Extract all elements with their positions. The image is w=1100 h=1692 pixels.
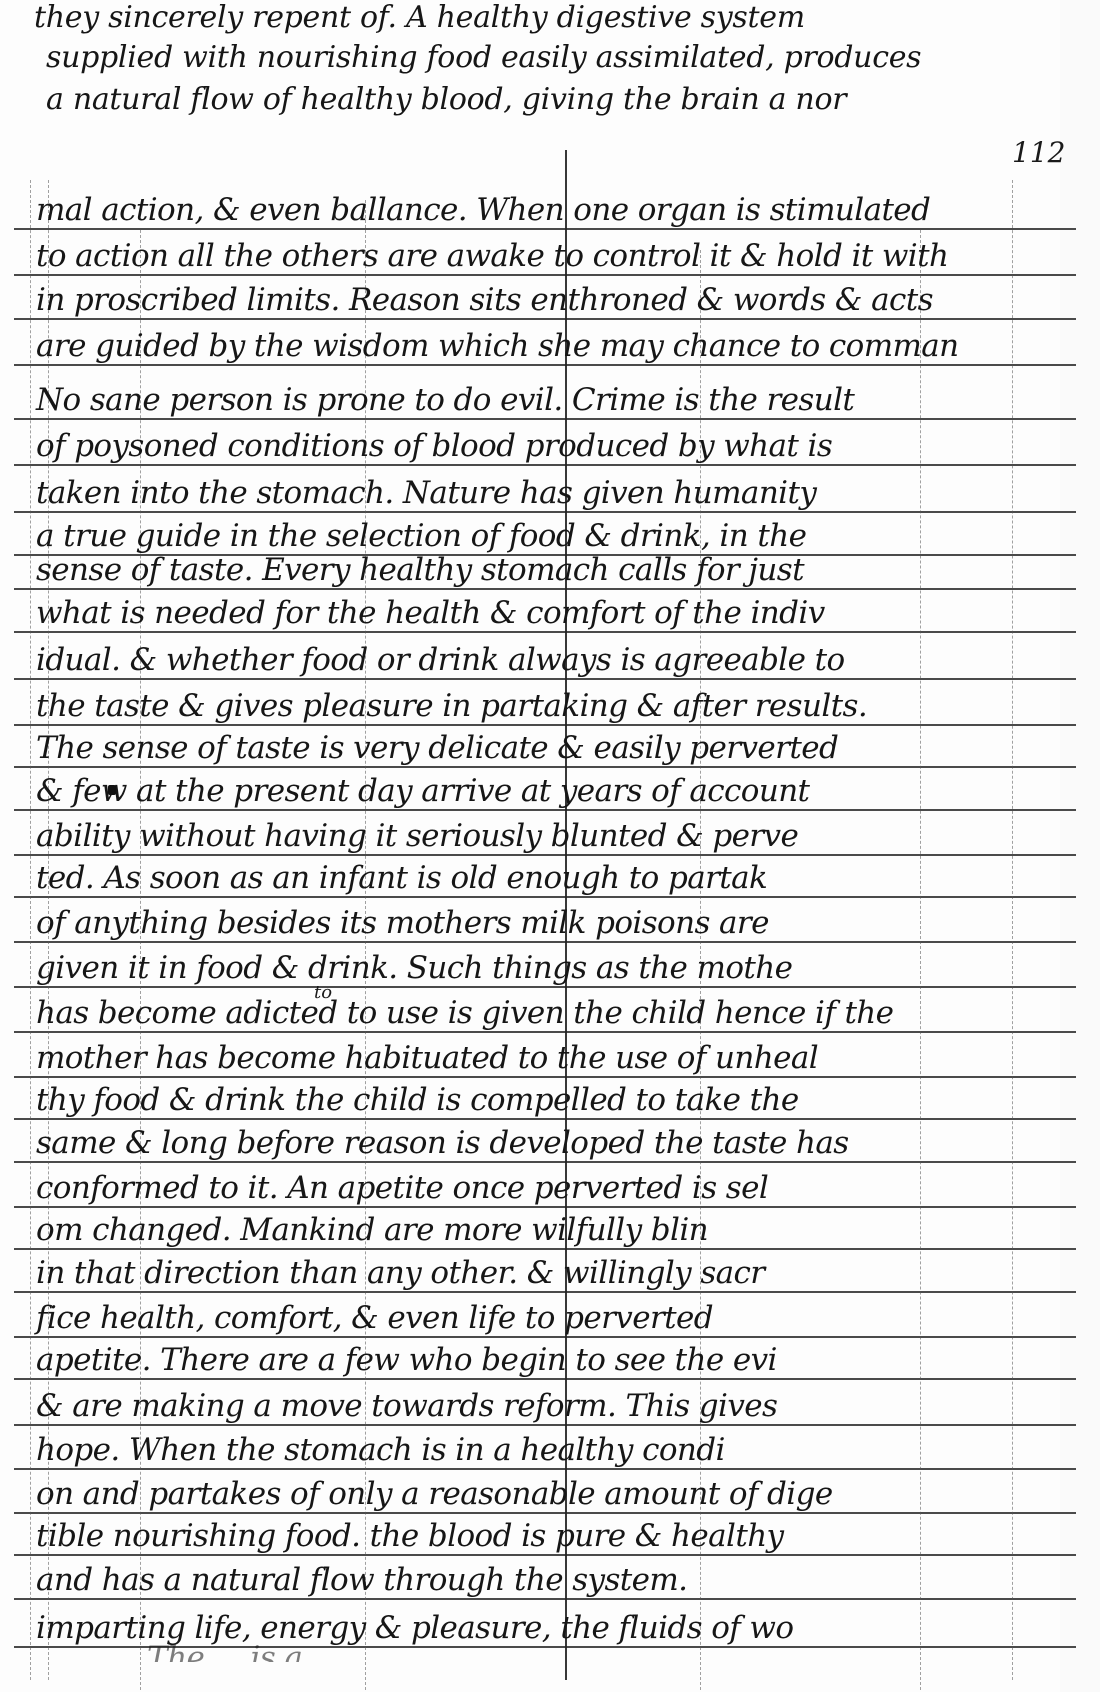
- ruled-line: [14, 809, 1076, 811]
- ruled-line: [14, 1076, 1076, 1078]
- text-line: has become adicted to use is given the c…: [36, 995, 1076, 1031]
- text-line: they sincerely repent of. A healthy dige…: [34, 0, 1074, 36]
- ruled-line: [14, 464, 1076, 466]
- ruled-line: [14, 1206, 1076, 1208]
- text-line: to action all the others are awake to co…: [36, 238, 1076, 274]
- ruled-line: [14, 678, 1076, 680]
- column-guide: [30, 180, 31, 1680]
- text-line: of anything besides its mothers milk poi…: [36, 905, 1076, 941]
- text-line: mal action, & even ballance. When one or…: [36, 192, 1076, 228]
- text-line: are guided by the wisdom which she may c…: [36, 328, 1076, 364]
- text-line: in proscribed limits. Reason sits enthro…: [36, 282, 1076, 318]
- text-line: conformed to it. An apetite once pervert…: [36, 1170, 1076, 1206]
- text-line: idual. & whether food or drink always is…: [36, 642, 1076, 678]
- ruled-line: [14, 228, 1076, 230]
- text-line: fice health, comfort, & even life to per…: [36, 1300, 1076, 1336]
- ruled-line: [14, 1554, 1076, 1556]
- ruled-line: [14, 1598, 1076, 1600]
- ruled-line: [14, 631, 1076, 633]
- ruled-line: [14, 1378, 1076, 1380]
- ruled-line: [14, 941, 1076, 943]
- interlinear-insertion: to: [314, 982, 332, 1003]
- ruled-line: [14, 418, 1076, 420]
- ruled-line: [14, 1424, 1076, 1426]
- ruled-line: [14, 1161, 1076, 1163]
- ruled-line: [14, 364, 1076, 366]
- text-line: ted. As soon as an infant is old enough …: [36, 860, 1076, 896]
- ruled-line: [14, 896, 1076, 898]
- text-line: The sense of taste is very delicate & ea…: [36, 730, 1076, 766]
- text-line: & few at the present day arrive at years…: [36, 773, 1076, 809]
- ink-blot: [108, 785, 116, 795]
- text-line: on and partakes of only a reasonable amo…: [36, 1476, 1076, 1512]
- ruled-line: [14, 1118, 1076, 1120]
- text-line: in that direction than any other. & will…: [36, 1255, 1076, 1291]
- text-line: No sane person is prone to do evil. Crim…: [36, 382, 1076, 418]
- ruled-line: [14, 1031, 1076, 1033]
- ruled-line: [14, 854, 1076, 856]
- ruled-line: [14, 588, 1076, 590]
- text-line: a true guide in the selection of food & …: [36, 518, 1076, 554]
- ruled-line: [14, 318, 1076, 320]
- text-line: what is needed for the health & comfort …: [36, 595, 1076, 631]
- text-line: hope. When the stomach is in a healthy c…: [36, 1432, 1076, 1468]
- ruled-line: [14, 1291, 1076, 1293]
- text-line: a natural flow of healthy blood, giving …: [46, 82, 1086, 118]
- text-line: and has a natural flow through the syste…: [36, 1562, 1076, 1598]
- ruled-line: [14, 274, 1076, 276]
- text-line: sense of taste. Every healthy stomach ca…: [36, 552, 1076, 588]
- text-line: of poysoned conditions of blood produced…: [36, 428, 1076, 464]
- ruled-line: [14, 724, 1076, 726]
- text-line: tible nourishing food. the blood is pure…: [36, 1518, 1076, 1554]
- page-number: 112: [1012, 136, 1065, 169]
- ruled-line: [14, 1336, 1076, 1338]
- ruled-line: [14, 986, 1076, 988]
- text-line: taken into the stomach. Nature has given…: [36, 475, 1076, 511]
- text-line: & are making a move towards reform. This…: [36, 1388, 1076, 1424]
- text-line: om changed. Mankind are more wilfully bl…: [36, 1212, 1076, 1248]
- text-line: thy food & drink the child is compelled …: [36, 1082, 1076, 1118]
- text-line: same & long before reason is developed t…: [36, 1125, 1076, 1161]
- text-line: apetite. There are a few who begin to se…: [36, 1342, 1076, 1378]
- ruled-line: [14, 1248, 1076, 1250]
- text-line: given it in food & drink. Such things as…: [36, 950, 1076, 986]
- text-line: mother has become habituated to the use …: [36, 1040, 1076, 1076]
- text-line: ability without having it seriously blun…: [36, 818, 1076, 854]
- ruled-line: [14, 766, 1076, 768]
- ruled-line: [14, 1468, 1076, 1470]
- ruled-line: [14, 1512, 1076, 1514]
- text-line: ... ... ... The ... is a ...: [36, 1640, 1076, 1662]
- ruled-line: [14, 511, 1076, 513]
- text-line: the taste & gives pleasure in partaking …: [36, 688, 1076, 724]
- manuscript-page: they sincerely repent of. A healthy dige…: [0, 0, 1100, 1692]
- text-line: supplied with nourishing food easily ass…: [46, 40, 1086, 76]
